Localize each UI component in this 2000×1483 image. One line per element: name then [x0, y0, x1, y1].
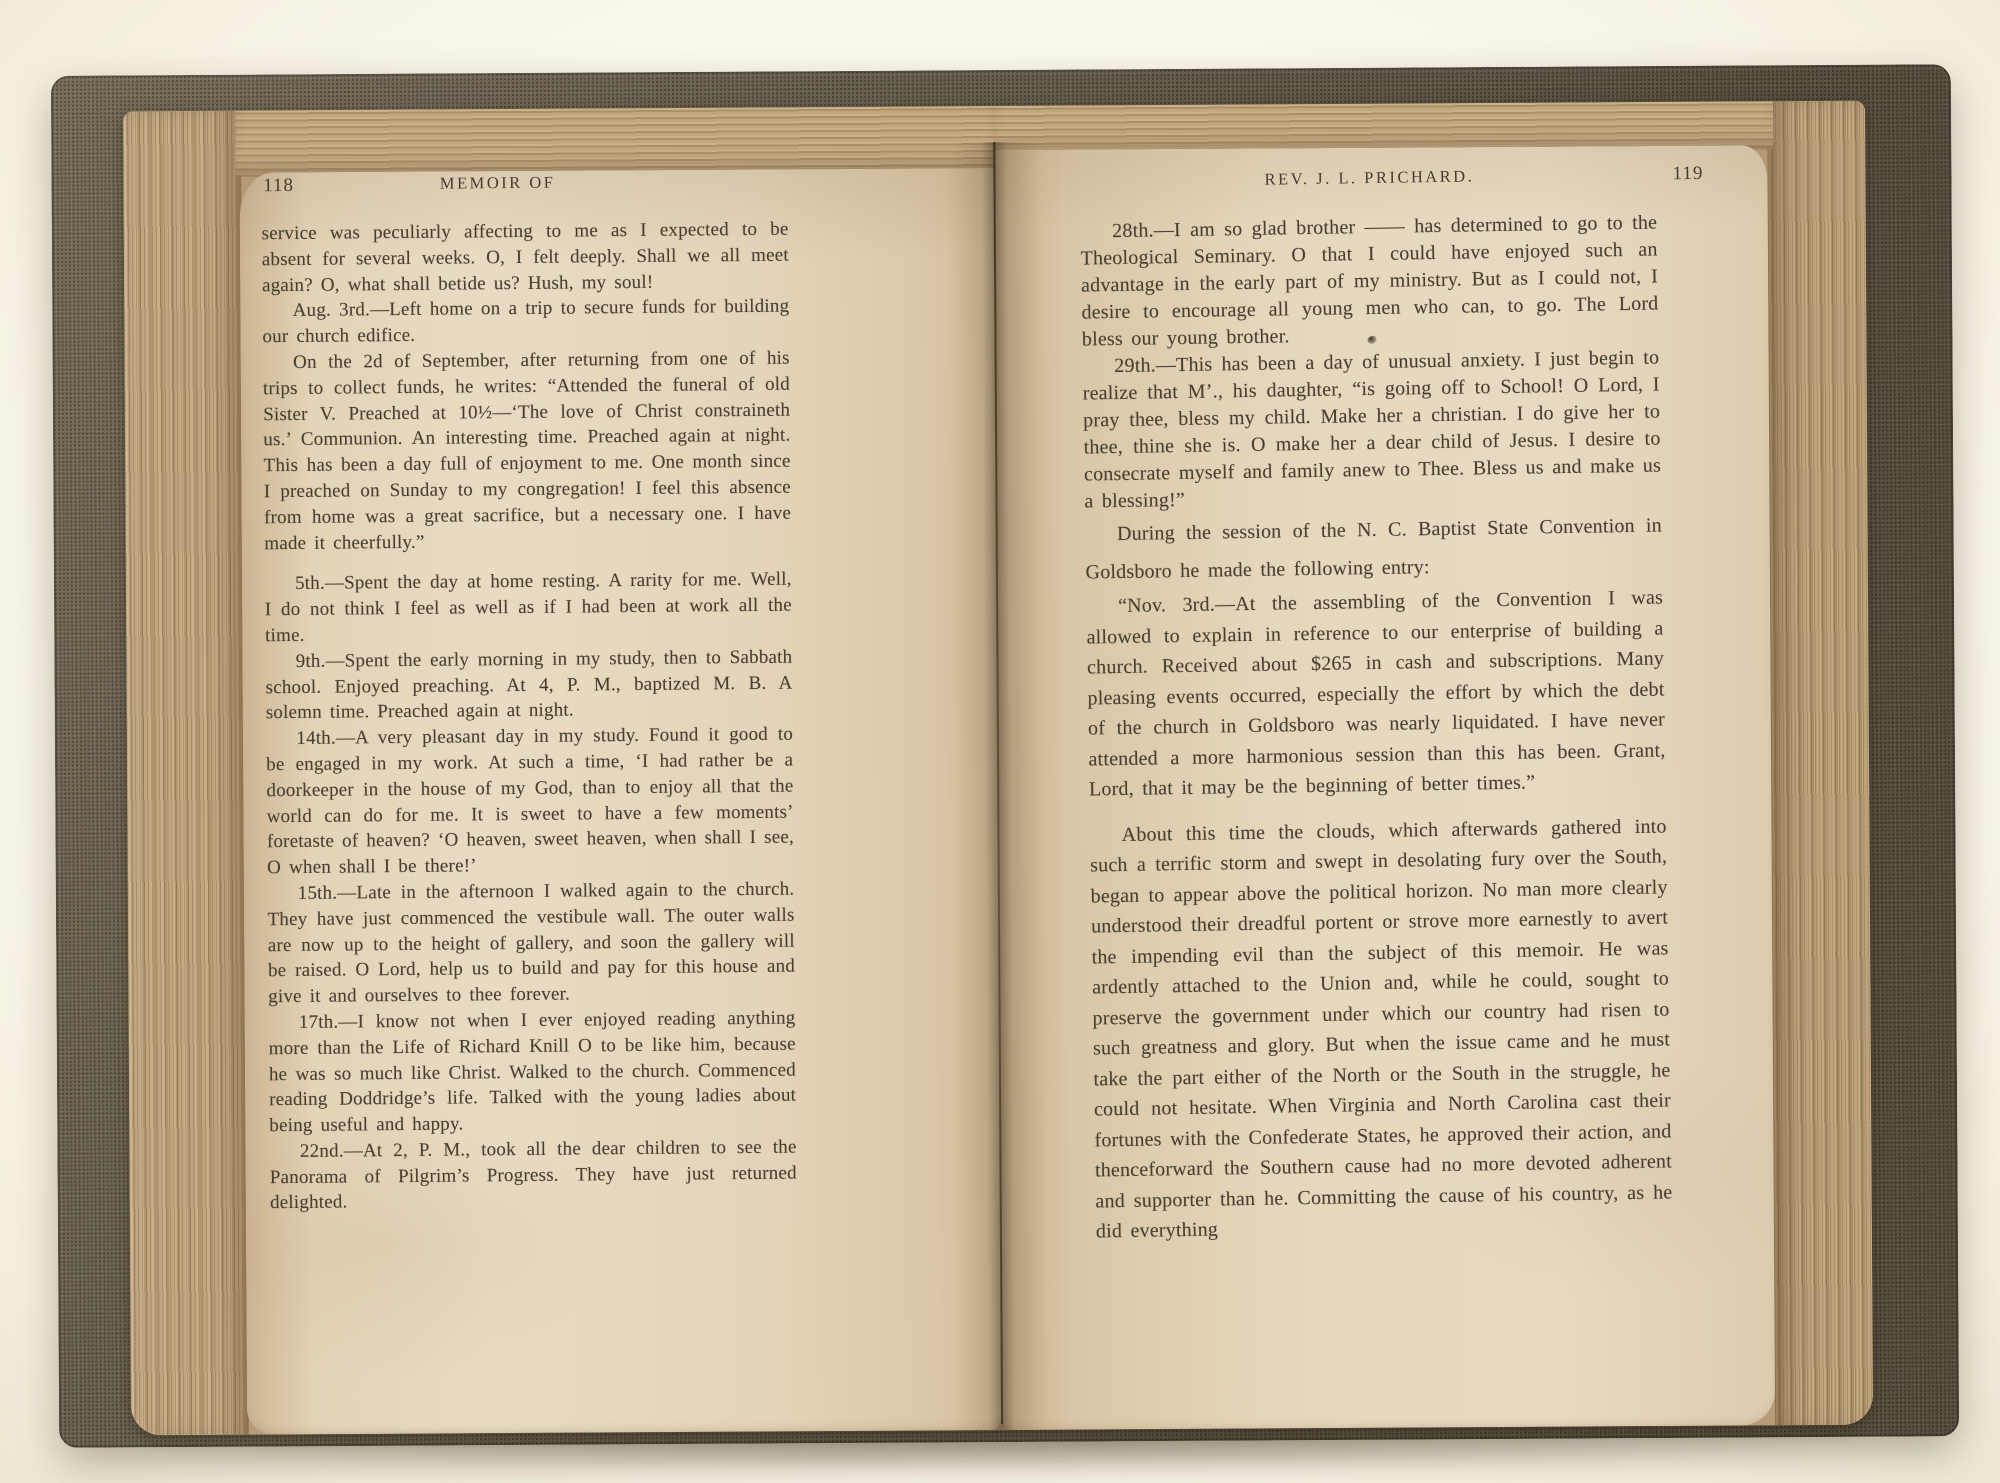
page-edges-top-left: [235, 106, 994, 177]
photo-backdrop: 118 MEMOIR OF service was peculiarly aff…: [0, 0, 2000, 1483]
paragraph: “Nov. 3rd.—At the assembling of the Conv…: [1086, 582, 1666, 805]
paragraph: About this time the clouds, which afterw…: [1089, 811, 1673, 1247]
paragraph: 9th.—Spent the early morning in my study…: [265, 644, 793, 726]
paragraph: 15th.—Late in the afternoon I walked aga…: [267, 877, 795, 1011]
page-body-right: 28th.—I am so glad brother —— has determ…: [1080, 210, 1673, 1247]
page-number-right: 119: [1672, 163, 1703, 185]
gutter-shadow: [948, 142, 1048, 1431]
paragraph: 14th.—A very pleasant day in my study. F…: [266, 722, 794, 881]
paragraph: 28th.—I am so glad brother —— has determ…: [1080, 210, 1659, 354]
page-number-left: 118: [263, 175, 294, 197]
page-119: REV. J. L. PRICHARD. 119 28th.—I am so g…: [1079, 163, 1726, 1247]
paragraph: On the 2d of September, after returning …: [263, 346, 792, 557]
paragraph: During the session of the N. C. Baptist …: [1085, 506, 1663, 591]
paragraph: 22nd.—At 2, P. M., took all the dear chi…: [269, 1134, 797, 1216]
page-edges-right-stack: [1767, 101, 1873, 1426]
paragraph: 17th.—I know not when I ever enjoyed rea…: [268, 1006, 796, 1140]
paragraph: 5th.—Spent the day at home resting. A ra…: [265, 567, 793, 649]
running-header-left: MEMOIR OF: [261, 171, 788, 196]
page-header-left: 118 MEMOIR OF: [261, 171, 788, 202]
open-book: 118 MEMOIR OF service was peculiarly aff…: [51, 64, 1959, 1448]
page-118: 118 MEMOIR OF service was peculiarly aff…: [261, 171, 797, 1217]
paragraph: service was peculiarly affecting to me a…: [261, 217, 789, 299]
page-body-left: service was peculiarly affecting to me a…: [261, 217, 797, 1217]
page-edges-left-stack: [123, 111, 249, 1436]
paragraph: 29th.—This has been a day of unusual anx…: [1082, 344, 1661, 515]
paragraph: Aug. 3rd.—Left home on a trip to secure …: [262, 294, 789, 350]
